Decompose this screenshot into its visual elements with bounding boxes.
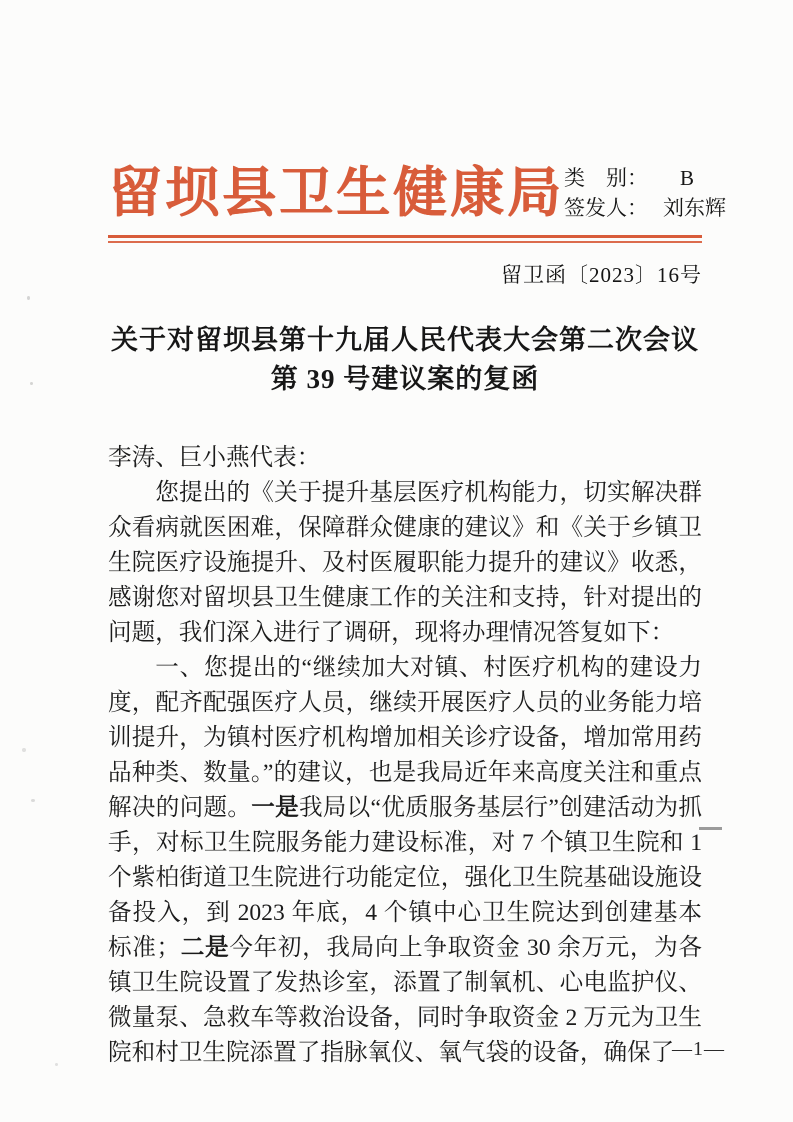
category-value: B bbox=[648, 163, 726, 193]
scan-speckle bbox=[55, 1063, 58, 1066]
scan-speckle bbox=[22, 748, 26, 752]
scan-speckle bbox=[31, 799, 35, 802]
document-content: 留坝县卫生健康局 类 别： B 签发人： 刘东辉 留卫函〔2023〕16号 关于… bbox=[108, 0, 702, 1071]
scanned-document-page: 留坝县卫生健康局 类 别： B 签发人： 刘东辉 留卫函〔2023〕16号 关于… bbox=[0, 0, 793, 1122]
paragraph-2-run-1-bold: 一是 bbox=[251, 795, 299, 821]
scan-speckle bbox=[30, 382, 33, 385]
document-body: 李涛、巨小燕代表： 您提出的《关于提升基层医疗机构能力，切实解决群众看病就医困难… bbox=[108, 441, 702, 1071]
page-number: —1— bbox=[672, 1038, 725, 1061]
document-title: 关于对留坝县第十九届人民代表大会第二次会议 第 39 号建议案的复函 bbox=[108, 321, 702, 399]
document-title-line1: 关于对留坝县第十九届人民代表大会第二次会议 bbox=[108, 321, 702, 360]
issuer-label: 签发人： bbox=[564, 193, 648, 223]
document-number: 留卫函〔2023〕16号 bbox=[108, 259, 702, 289]
divider-line-thin bbox=[108, 241, 702, 243]
scan-speckle bbox=[27, 296, 30, 300]
document-title-line2: 第 39 号建议案的复函 bbox=[108, 360, 702, 399]
paragraph-2-run-3-bold: 二是 bbox=[180, 935, 229, 961]
header-divider bbox=[108, 235, 702, 243]
agency-name: 留坝县卫生健康局 bbox=[108, 160, 564, 226]
paragraph-2: 一、您提出的“继续加大对镇、村医疗机构的建设力度，配齐配强医疗人员，继续开展医疗… bbox=[108, 651, 702, 1071]
salutation: 李涛、巨小燕代表： bbox=[108, 441, 702, 476]
margin-mark bbox=[699, 827, 722, 830]
document-letterhead: 留坝县卫生健康局 类 别： B 签发人： 刘东辉 bbox=[108, 160, 702, 226]
category-row: 类 别： B bbox=[564, 163, 726, 193]
divider-line-thick bbox=[108, 235, 702, 238]
issue-info-block: 类 别： B 签发人： 刘东辉 bbox=[564, 163, 726, 223]
category-label: 类 别： bbox=[564, 163, 648, 193]
issuer-value: 刘东辉 bbox=[648, 193, 726, 223]
issuer-row: 签发人： 刘东辉 bbox=[564, 193, 726, 223]
paragraph-1: 您提出的《关于提升基层医疗机构能力，切实解决群众看病就医困难，保障群众健康的建议… bbox=[108, 476, 702, 651]
